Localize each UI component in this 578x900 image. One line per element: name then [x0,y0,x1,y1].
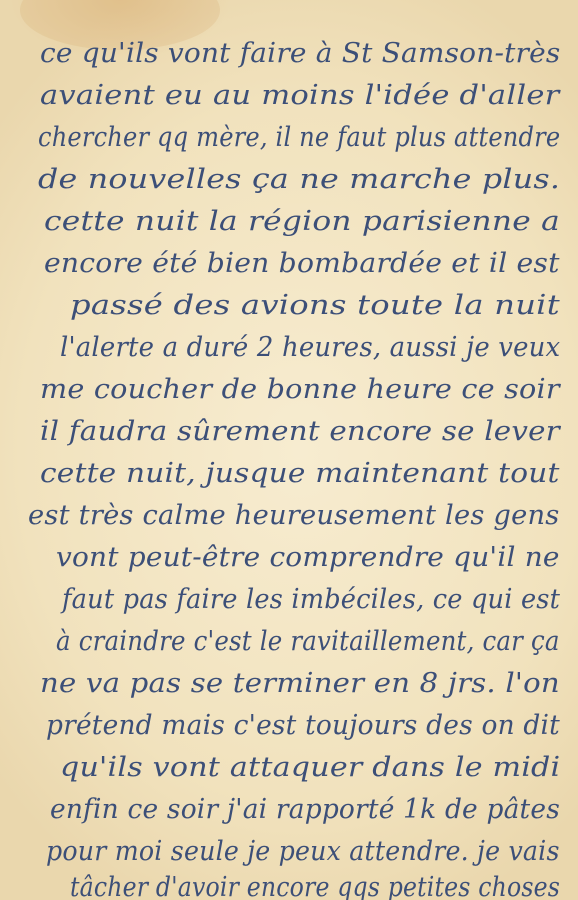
text-line: chercher qq mère, il ne faut plus attend… [38,122,560,153]
text-line: qu'ils vont attaquer dans le midi [60,752,560,783]
text-line: me coucher de bonne heure ce soir [40,374,560,405]
text-line: de nouvelles ça ne marche plus. [38,164,560,195]
text-line: à craindre c'est le ravitaillement, car … [56,626,560,657]
text-line: faut pas faire les imbéciles, ce qui est [62,584,560,615]
text-line: ne va pas se terminer en 8 jrs. l'on [40,668,560,699]
text-line: prétend mais c'est toujours des on dit [46,710,560,741]
text-line: avaient eu au moins l'idée d'aller [40,80,559,111]
text-line: pour moi seule je peux attendre. je vais [46,836,560,867]
text-line: enfin ce soir j'ai rapporté 1k de pâtes [50,794,560,825]
text-line: tâcher d'avoir encore qqs petites choses [70,872,560,900]
text-line: cette nuit la région parisienne a [44,206,560,237]
text-line: cette nuit, jusque maintenant tout [40,458,560,489]
text-line: encore été bien bombardée et il est [44,248,560,279]
text-line: vont peut-être comprendre qu'il ne [56,542,560,573]
letter-page: ce qu'ils vont faire à St Samson-très av… [0,0,578,900]
text-line: est très calme heureusement les gens [28,500,559,531]
text-line: passé des avions toute la nuit [70,290,560,321]
text-line: l'alerte a duré 2 heures, aussi je veux [60,332,560,363]
text-line: ce qu'ils vont faire à St Samson-très [40,38,560,69]
text-line: il faudra sûrement encore se lever [40,416,560,447]
